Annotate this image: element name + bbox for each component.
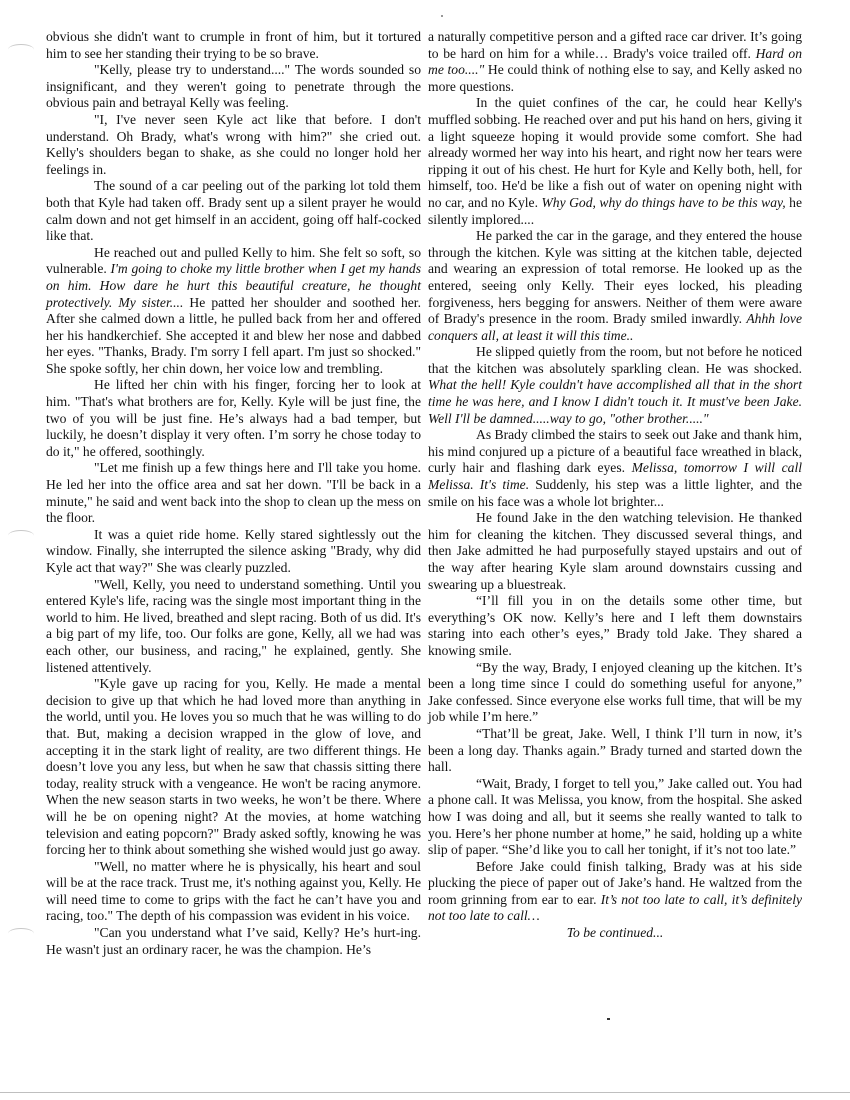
page-bottom-edge	[0, 1092, 850, 1093]
paragraph-text: "I, I've never seen Kyle act like that b…	[46, 112, 421, 177]
paragraph: The sound of a car peeling out of the pa…	[46, 178, 421, 244]
italic-thought-text: What the hell! Kyle couldn't have accomp…	[428, 377, 802, 425]
paragraph-text: “By the way, Brady, I enjoyed cleaning u…	[428, 660, 802, 725]
scan-speck	[607, 1018, 610, 1020]
continuation-note: To be continued...	[428, 925, 802, 942]
paragraph: a naturally competitive person and a gif…	[428, 29, 802, 95]
paragraph: obvious she didn't want to crumple in fr…	[46, 29, 421, 62]
paragraph-text: In the quiet confines of the car, he cou…	[428, 95, 802, 210]
paragraph: "I, I've never seen Kyle act like that b…	[46, 112, 421, 178]
paragraph: "Let me finish up a few things here and …	[46, 460, 421, 526]
hole-punch-mark	[8, 928, 34, 939]
paragraph: "Kyle gave up racing for you, Kelly. He …	[46, 676, 421, 859]
scan-speck	[441, 15, 443, 17]
paragraph: Before Jake could finish talking, Brady …	[428, 859, 802, 925]
paragraph-text: He slipped quietly from the room, but no…	[428, 344, 802, 376]
paragraph: He parked the car in the garage, and the…	[428, 228, 802, 344]
paragraph: He lifted her chin with his finger, forc…	[46, 377, 421, 460]
paragraph-text: obvious she didn't want to crumple in fr…	[46, 29, 421, 61]
paragraph: He slipped quietly from the room, but no…	[428, 344, 802, 427]
left-column: obvious she didn't want to crumple in fr…	[46, 29, 421, 958]
paragraph-text: He found Jake in the den watching televi…	[428, 510, 802, 591]
italic-thought-text: Why God, why do things have to be this w…	[541, 195, 785, 210]
paragraph: “That’ll be great, Jake. Well, I think I…	[428, 726, 802, 776]
right-column: a naturally competitive person and a gif…	[428, 29, 802, 942]
paragraph-text: “I’ll fill you in on the details some ot…	[428, 593, 802, 658]
paragraph: "Well, no matter where he is physically,…	[46, 859, 421, 925]
paragraph: “I’ll fill you in on the details some ot…	[428, 593, 802, 659]
hole-punch-mark	[8, 530, 34, 541]
paragraph: "Can you understand what I’ve said, Kell…	[46, 925, 421, 958]
paragraph-text: "Well, no matter where he is physically,…	[46, 859, 421, 924]
paragraph-text: “That’ll be great, Jake. Well, I think I…	[428, 726, 802, 774]
paragraph-text: "Can you understand what I’ve said, Kell…	[46, 925, 421, 957]
paragraph: He found Jake in the den watching televi…	[428, 510, 802, 593]
paragraph: "Well, Kelly, you need to understand som…	[46, 577, 421, 677]
paragraph-text: "Kelly, please try to understand...." Th…	[46, 62, 421, 110]
document-page: obvious she didn't want to crumple in fr…	[0, 0, 850, 1100]
paragraph: He reached out and pulled Kelly to him. …	[46, 245, 421, 378]
paragraph-text: “Wait, Brady, I forget to tell you,” Jak…	[428, 776, 802, 857]
italic-thought-text: To be continued...	[567, 925, 664, 940]
paragraph-text: "Kyle gave up racing for you, Kelly. He …	[46, 676, 421, 857]
paragraph-text: He could think of nothing else to say, a…	[428, 62, 802, 94]
hole-punch-mark	[8, 44, 34, 55]
paragraph: As Brady climbed the stairs to seek out …	[428, 427, 802, 510]
paragraph-text: He lifted her chin with his finger, forc…	[46, 377, 421, 458]
paragraph: “Wait, Brady, I forget to tell you,” Jak…	[428, 776, 802, 859]
paragraph-text: "Well, Kelly, you need to understand som…	[46, 577, 421, 675]
paragraph: “By the way, Brady, I enjoyed cleaning u…	[428, 660, 802, 726]
paragraph-text: a naturally competitive person and a gif…	[428, 29, 802, 61]
paragraph-text: It was a quiet ride home. Kelly stared s…	[46, 527, 421, 575]
paragraph-text: "Let me finish up a few things here and …	[46, 460, 421, 525]
paragraph: It was a quiet ride home. Kelly stared s…	[46, 527, 421, 577]
paragraph-text: The sound of a car peeling out of the pa…	[46, 178, 421, 243]
paragraph: In the quiet confines of the car, he cou…	[428, 95, 802, 228]
paragraph: "Kelly, please try to understand...." Th…	[46, 62, 421, 112]
